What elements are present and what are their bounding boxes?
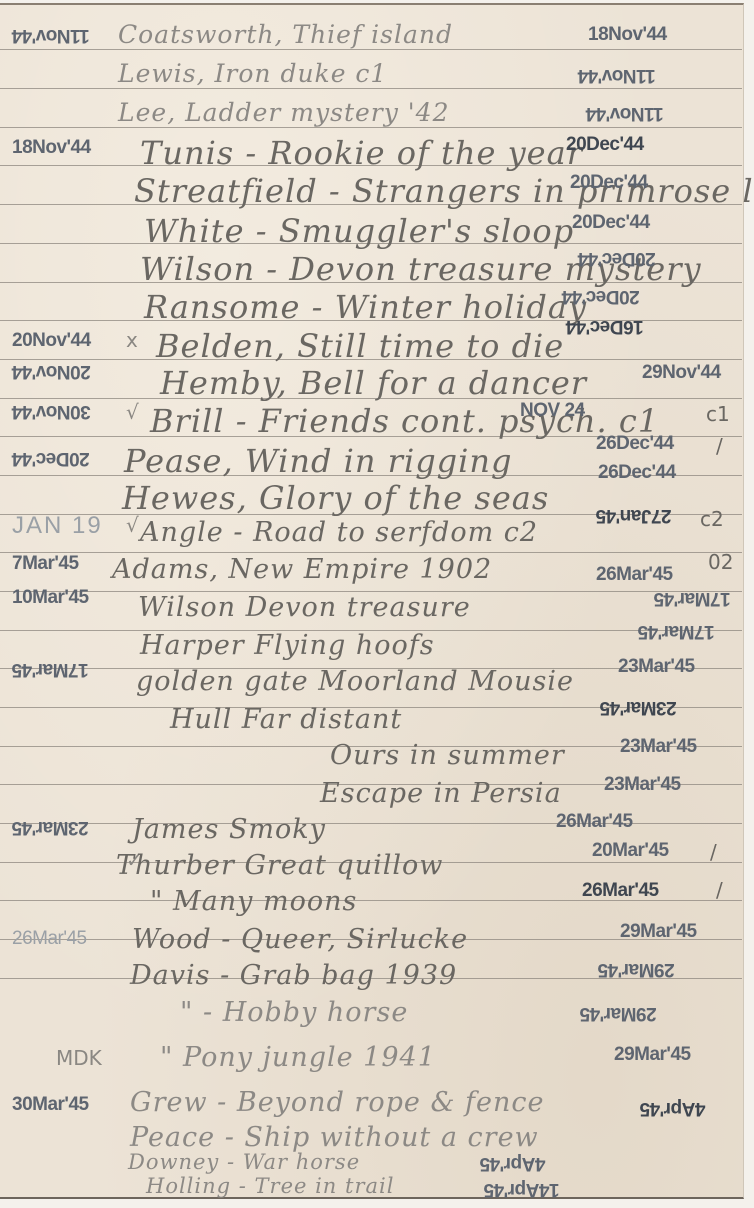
date-stamp-left: 11Nov'44 [12, 24, 90, 46]
date-stamp-right: 29Mar'45 [580, 1002, 657, 1024]
book-entry: Hemby, Bell for a dancer [160, 364, 587, 402]
margin-mark: / [716, 878, 723, 902]
margin-mark: / [716, 434, 723, 458]
margin-mark: c2 [700, 507, 724, 531]
book-entry: Lee, Ladder mystery '42 [118, 98, 450, 127]
margin-mark: √ [126, 400, 139, 424]
date-stamp-right: 17Mar'45 [638, 620, 715, 642]
book-entry: Coatsworth, Thief island [118, 20, 453, 49]
book-entry: White - Smuggler's sloop [144, 212, 574, 250]
date-stamp-left: 20Dec'44 [12, 447, 90, 469]
ruled-line [0, 49, 742, 50]
date-stamp-right: 16Dec'44 [566, 315, 644, 337]
margin-mark: c1 [706, 402, 730, 426]
date-stamp-right: 29Mar'45 [598, 958, 675, 980]
book-entry: Ours in summer [330, 740, 565, 771]
book-entry: " Pony jungle 1941 [160, 1042, 436, 1073]
date-stamp-right: 20Dec'44 [570, 172, 648, 194]
date-stamp-right: 20Dec'44 [562, 285, 640, 307]
date-stamp-right: 4Apr'45 [480, 1152, 545, 1174]
date-stamp-left: 20Nov'44 [12, 330, 91, 352]
book-entry: Grew - Beyond rope & fence [130, 1087, 545, 1118]
date-stamp-right: 4Apr'45 [640, 1097, 705, 1119]
book-entry: Tunis - Rookie of the year [140, 134, 583, 172]
date-stamp-right: 17Mar'45 [654, 587, 731, 609]
date-stamp-right: 23Mar'45 [604, 774, 681, 796]
date-stamp-right: 29Mar'45 [614, 1044, 691, 1066]
date-stamp-right: 20Dec'44 [578, 247, 656, 269]
book-entry: Pease, Wind in rigging [124, 442, 512, 480]
margin-mark: x [126, 328, 138, 352]
book-entry: Wood - Queer, Sirlucke [132, 924, 468, 955]
book-entry: Escape in Persia [320, 778, 562, 809]
date-stamp-right: 20Dec'44 [572, 212, 650, 234]
book-entry: Hull Far distant [170, 704, 402, 735]
book-entry: Ransome - Winter holiday [144, 288, 587, 326]
date-stamp-right: NOV 24 [520, 400, 585, 422]
margin-mark: MDK [56, 1046, 102, 1070]
date-stamp-right: 27Jan'45 [596, 504, 672, 526]
book-entry: Lewis, Iron duke c1 [118, 59, 387, 88]
date-stamp-right: 14Apr'45 [484, 1178, 560, 1200]
margin-mark: / [710, 840, 717, 864]
book-entry: golden gate Moorland Mousie [136, 666, 574, 697]
book-entry: Harper Flying hoofs [140, 630, 435, 661]
book-entry: Peace - Ship without a crew [130, 1122, 539, 1153]
book-entry: " - Hobby horse [180, 997, 408, 1028]
date-stamp-right: 26Dec'44 [596, 433, 674, 455]
date-stamp-left: 30Nov'44 [12, 400, 91, 422]
date-stamp-right: 23Mar'45 [618, 656, 695, 678]
date-stamp-left: 17Mar'45 [12, 658, 89, 680]
date-stamp-right: 20Dec'44 [566, 134, 644, 156]
book-entry: Streatfield - Strangers in primrose lane [134, 172, 754, 210]
date-stamp-right: 11Nov'44 [586, 102, 664, 124]
ruled-line [0, 127, 742, 128]
date-stamp-right: 26Mar'45 [596, 564, 673, 586]
date-stamp-right: 29Mar'45 [620, 921, 697, 943]
date-stamp-left: 18Nov'44 [12, 137, 91, 159]
date-stamp-right: 29Nov'44 [642, 362, 721, 384]
book-entry: James Smoky [132, 814, 326, 845]
date-stamp-left: JAN 19 [12, 512, 103, 540]
date-stamp-right: 26Mar'45 [582, 880, 659, 902]
date-stamp-left: 30Mar'45 [12, 1094, 89, 1116]
book-entry: Belden, Still time to die [156, 327, 564, 365]
date-stamp-right: 23Mar'45 [620, 736, 697, 758]
date-stamp-left: 20Nov'44 [12, 360, 91, 382]
ruled-line [0, 552, 742, 553]
book-entry: Wilson Devon treasure [138, 592, 471, 623]
date-stamp-right: 18Nov'44 [588, 24, 667, 46]
date-stamp-right: 23Mar'45 [600, 696, 677, 718]
date-stamp-left: 23Mar'45 [12, 816, 89, 838]
book-entry: " Many moons [150, 886, 357, 917]
book-entry: Holling - Tree in trail [146, 1174, 394, 1198]
book-entry: Angle - Road to serfdom c2 [140, 517, 538, 548]
date-stamp-left: 26Mar'45 [12, 928, 87, 950]
date-stamp-right: 20Mar'45 [592, 840, 669, 862]
circulation-card: 11Nov'4418Nov'4420Nov'4420Nov'4430Nov'44… [0, 3, 744, 1199]
book-entry: Hewes, Glory of the seas [122, 479, 549, 517]
date-stamp-left: 7Mar'45 [12, 553, 79, 575]
book-entry: Downey - War horse [128, 1150, 360, 1174]
ruled-line [0, 88, 742, 89]
margin-mark: 02 [708, 550, 733, 574]
date-stamp-left: 10Mar'45 [12, 587, 89, 609]
date-stamp-right: 11Nov'44 [578, 64, 656, 86]
book-entry: Adams, New Empire 1902 [112, 554, 492, 585]
book-entry: Thurber Great quillow [116, 850, 443, 881]
book-entry: Davis - Grab bag 1939 [130, 960, 457, 991]
date-stamp-right: 26Dec'44 [598, 462, 676, 484]
date-stamp-right: 26Mar'45 [556, 811, 633, 833]
